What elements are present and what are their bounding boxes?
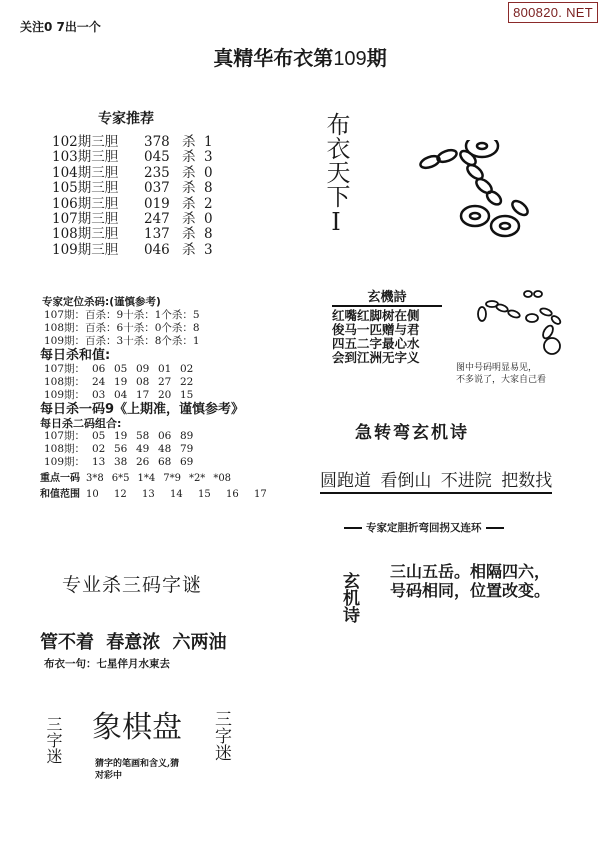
vertical-mystery-label: 玄机诗: [336, 572, 362, 623]
value: 09: [136, 363, 158, 376]
row-issue: 104期三胆: [52, 166, 144, 181]
list-item: 108期：0256494879: [44, 443, 282, 456]
chess-hint: 猜字的笔画和含义,猜对彩中: [95, 758, 185, 782]
value: 12: [114, 488, 134, 501]
list-item: 108期：百杀：6十杀：0个杀：8: [44, 322, 282, 335]
mystery-poem-box: 玄機詩 红嘴红脚树在侧 俊马一匹赠与君 四五二字最心水 会到江洲无字义: [332, 286, 442, 365]
expert-line-text: 专家定胆折弯回拐又连环: [366, 522, 482, 534]
row-kill-label: 杀: [182, 197, 204, 212]
mystery-poem: 三山五岳。相隔四六， 号码相同，位置改变。: [390, 562, 550, 600]
title-suffix: 期: [367, 46, 387, 70]
value: 02: [180, 363, 202, 376]
value: 06: [92, 363, 114, 376]
title-prefix: 真精华布衣第: [213, 46, 333, 70]
row-kill: 8: [204, 227, 213, 242]
hint-line: 不多说了，大家自己看: [456, 374, 546, 386]
value: 7*9: [163, 472, 181, 485]
row-kill: 0: [204, 166, 213, 181]
picture-hint: 图中号码明显易见， 不多说了，大家自己看: [456, 362, 546, 386]
title-issue: 109: [333, 48, 366, 70]
list-item: 102期三胆378杀1: [52, 135, 213, 150]
list-item: 105期三胆037杀8: [52, 181, 213, 196]
list-item: 107期：0605090102: [44, 363, 282, 376]
row-label: 108期：: [44, 376, 92, 389]
list-item: 107期：0519580689: [44, 430, 282, 443]
hint-line: 图中号码明显易见，: [456, 362, 546, 374]
value: 10: [86, 488, 106, 501]
riddle-title: 专业杀三码字谜: [62, 570, 202, 597]
notice-text: 关注0 7出一个: [20, 18, 101, 35]
value: 27: [158, 376, 180, 389]
row-issue: 105期三胆: [52, 181, 144, 196]
row-label: 109期：: [44, 456, 92, 469]
sum-range-label: 和值范围: [40, 488, 86, 501]
list-item: 109期：百杀：3十杀：8个杀：1: [44, 335, 282, 348]
row-nums: 137: [144, 227, 182, 242]
value: 19: [114, 376, 136, 389]
coin-illustration: [470, 290, 570, 360]
list-item: 109期：0304172015: [44, 389, 282, 402]
row-nums: 378: [144, 135, 182, 150]
row-issue: 103期三胆: [52, 150, 144, 165]
value: 19: [114, 430, 136, 443]
value: 69: [180, 456, 202, 469]
daily-one-heading: 每日杀一码9《上期准，谨慎参考》: [40, 402, 282, 417]
row-kill-label: 杀: [182, 135, 204, 150]
stats-block: 专家定位杀码:(谨慎参考) 107期：百杀：9十杀：1个杀：5 108期：百杀：…: [44, 296, 282, 501]
riddle-phrase: 管不着 春意浓 六两油: [40, 628, 227, 654]
divider: [344, 527, 362, 529]
key-code-row: 重点一码3*86*51*47*9*2**08: [44, 472, 282, 485]
value: 58: [136, 430, 158, 443]
riddle-line: 布衣一句：七星伴月水東去: [44, 656, 170, 671]
value: 05: [114, 363, 136, 376]
row-issue: 106期三胆: [52, 197, 144, 212]
row-kill: 0: [204, 212, 213, 227]
row-issue: 108期三胆: [52, 227, 144, 242]
row-nums: 019: [144, 197, 182, 212]
value: 04: [114, 389, 136, 402]
list-item: 104期三胆235杀0: [52, 166, 213, 181]
value: 15: [180, 389, 202, 402]
value: 08: [136, 376, 158, 389]
value: 02: [92, 443, 114, 456]
value: 79: [180, 443, 202, 456]
list-item: 106期三胆019杀2: [52, 197, 213, 212]
poem-line: 四五二字最心水: [332, 337, 442, 351]
value: *08: [213, 472, 231, 485]
row-kill-label: 杀: [182, 243, 204, 258]
row-label: 107期：: [44, 430, 92, 443]
row-label: 109期：: [44, 389, 92, 402]
key-code-label: 重点一码: [40, 472, 86, 485]
list-item: 109期：1338266869: [44, 456, 282, 469]
list-item: 108期：2419082722: [44, 376, 282, 389]
chess-riddle: 象棋盘: [92, 702, 182, 746]
row-kill: 3: [204, 150, 213, 165]
poem-title: 玄機詩: [332, 286, 442, 307]
row-label: 108期：: [44, 443, 92, 456]
expert-recommend-heading: 专家推荐: [98, 108, 154, 128]
value: 26: [136, 456, 158, 469]
value: 38: [114, 456, 136, 469]
sum-range-row: 和值范围10121314151617: [44, 488, 282, 501]
value: *2*: [189, 472, 205, 485]
turn-riddle-phrase: 圆跑道 看倒山 不进院 把数找: [320, 466, 552, 494]
row-kill-label: 杀: [182, 181, 204, 196]
poem-lines: 红嘴红脚树在侧 俊马一匹赠与君 四五二字最心水 会到江洲无字义: [332, 309, 442, 365]
expert-recommend-list: 102期三胆378杀1 103期三胆045杀3 104期三胆235杀0 105期…: [52, 135, 213, 258]
row-nums: 046: [144, 243, 182, 258]
row-kill-label: 杀: [182, 166, 204, 181]
row-kill: 1: [204, 135, 213, 150]
row-issue: 107期三胆: [52, 212, 144, 227]
value: 22: [180, 376, 202, 389]
daily-sum-heading: 每日杀和值:: [40, 348, 282, 363]
value: 01: [158, 363, 180, 376]
poem-line: 号码相同，位置改变。: [390, 581, 550, 600]
poem-line: 会到江洲无字义: [332, 351, 442, 365]
turn-riddle-title: 急转弯玄机诗: [355, 418, 469, 443]
value: 16: [226, 488, 246, 501]
value: 24: [92, 376, 114, 389]
row-kill-label: 杀: [182, 227, 204, 242]
watermark-badge: 800820. NET: [508, 2, 598, 23]
list-item: 107期三胆247杀0: [52, 212, 213, 227]
list-item: 109期三胆046杀3: [52, 243, 213, 258]
row-kill: 8: [204, 181, 213, 196]
row-issue: 109期三胆: [52, 243, 144, 258]
row-nums: 037: [144, 181, 182, 196]
value: 14: [170, 488, 190, 501]
value: 15: [198, 488, 218, 501]
list-item: 108期三胆137杀8: [52, 227, 213, 242]
value: 6*5: [112, 472, 130, 485]
row-kill: 2: [204, 197, 213, 212]
list-item: 103期三胆045杀3: [52, 150, 213, 165]
row-nums: 247: [144, 212, 182, 227]
row-kill-label: 杀: [182, 212, 204, 227]
row-nums: 235: [144, 166, 182, 181]
poem-line: 三山五岳。相隔四六，: [390, 562, 550, 581]
vertical-title: 布衣天下Ⅰ: [322, 112, 350, 236]
position-kill-heading: 专家定位杀码:(谨慎参考): [42, 296, 282, 309]
row-nums: 045: [144, 150, 182, 165]
value: 56: [114, 443, 136, 456]
row-kill-label: 杀: [182, 150, 204, 165]
value: 17: [136, 389, 158, 402]
expert-line: 专家定胆折弯回拐又连环: [340, 520, 508, 535]
poem-line: 红嘴红脚树在侧: [332, 309, 442, 323]
value: 17: [254, 488, 274, 501]
value: 13: [142, 488, 162, 501]
row-label: 107期：: [44, 363, 92, 376]
value: 68: [158, 456, 180, 469]
row-kill: 3: [204, 243, 213, 258]
value: 49: [136, 443, 158, 456]
row-issue: 102期三胆: [52, 135, 144, 150]
value: 3*8: [86, 472, 104, 485]
divider: [486, 527, 504, 529]
value: 48: [158, 443, 180, 456]
list-item: 107期：百杀：9十杀：1个杀：5: [44, 309, 282, 322]
page-title: 真精华布衣第109期: [0, 42, 600, 71]
value: 03: [92, 389, 114, 402]
daily-two-heading: 每日杀二码组合:: [40, 417, 282, 430]
poem-line: 俊马一匹赠与君: [332, 323, 442, 337]
coin-chain-illustration: [410, 140, 600, 250]
value: 05: [92, 430, 114, 443]
value: 1*4: [137, 472, 155, 485]
value: 20: [158, 389, 180, 402]
value: 89: [180, 430, 202, 443]
value: 13: [92, 456, 114, 469]
vertical-label-right: 三字迷: [212, 710, 230, 761]
vertical-label-left: 三字迷: [44, 716, 62, 764]
value: 06: [158, 430, 180, 443]
